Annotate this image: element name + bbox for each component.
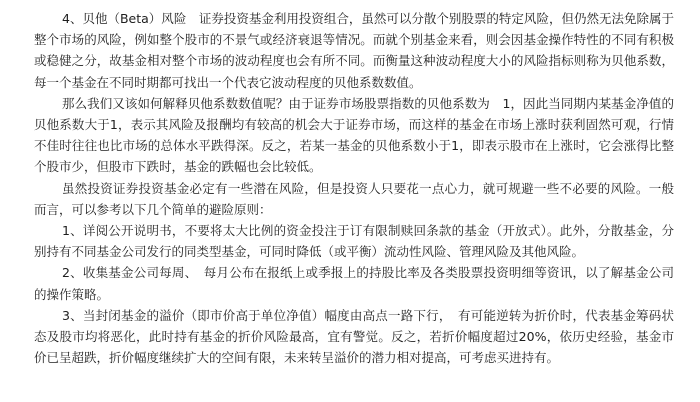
document-page: 4、贝他（Beta）风险 证券投资基金利用投资组合，虽然可以分散个别股票的特定风…	[0, 0, 700, 402]
paragraph-principle-1: 1、详阅公开说明书，不要将太大比例的资金投注于订有限制赎回条款的基金（开放式）。…	[34, 220, 674, 262]
paragraph-principle-2: 2、收集基金公司每周、 每月公布在报纸上或季报上的持股比率及各类股票投资明细等资…	[34, 262, 674, 304]
paragraph-beta-risk-intro: 4、贝他（Beta）风险 证券投资基金利用投资组合，虽然可以分散个别股票的特定风…	[34, 8, 674, 93]
paragraph-risk-avoidance-intro: 虽然投资证券投资基金必定有一些潜在风险，但是投资人只要花一点心力，就可规避一些不…	[34, 178, 674, 220]
paragraph-beta-value-explanation: 那么我们又该如何解释贝他系数数值呢？由于证券市场股票指数的贝他系数为 1，因此当…	[34, 93, 674, 178]
paragraph-principle-3: 3、当封闭基金的溢价（即市价高于单位净值）幅度由高点一路下行， 有可能逆转为折价…	[34, 305, 674, 369]
